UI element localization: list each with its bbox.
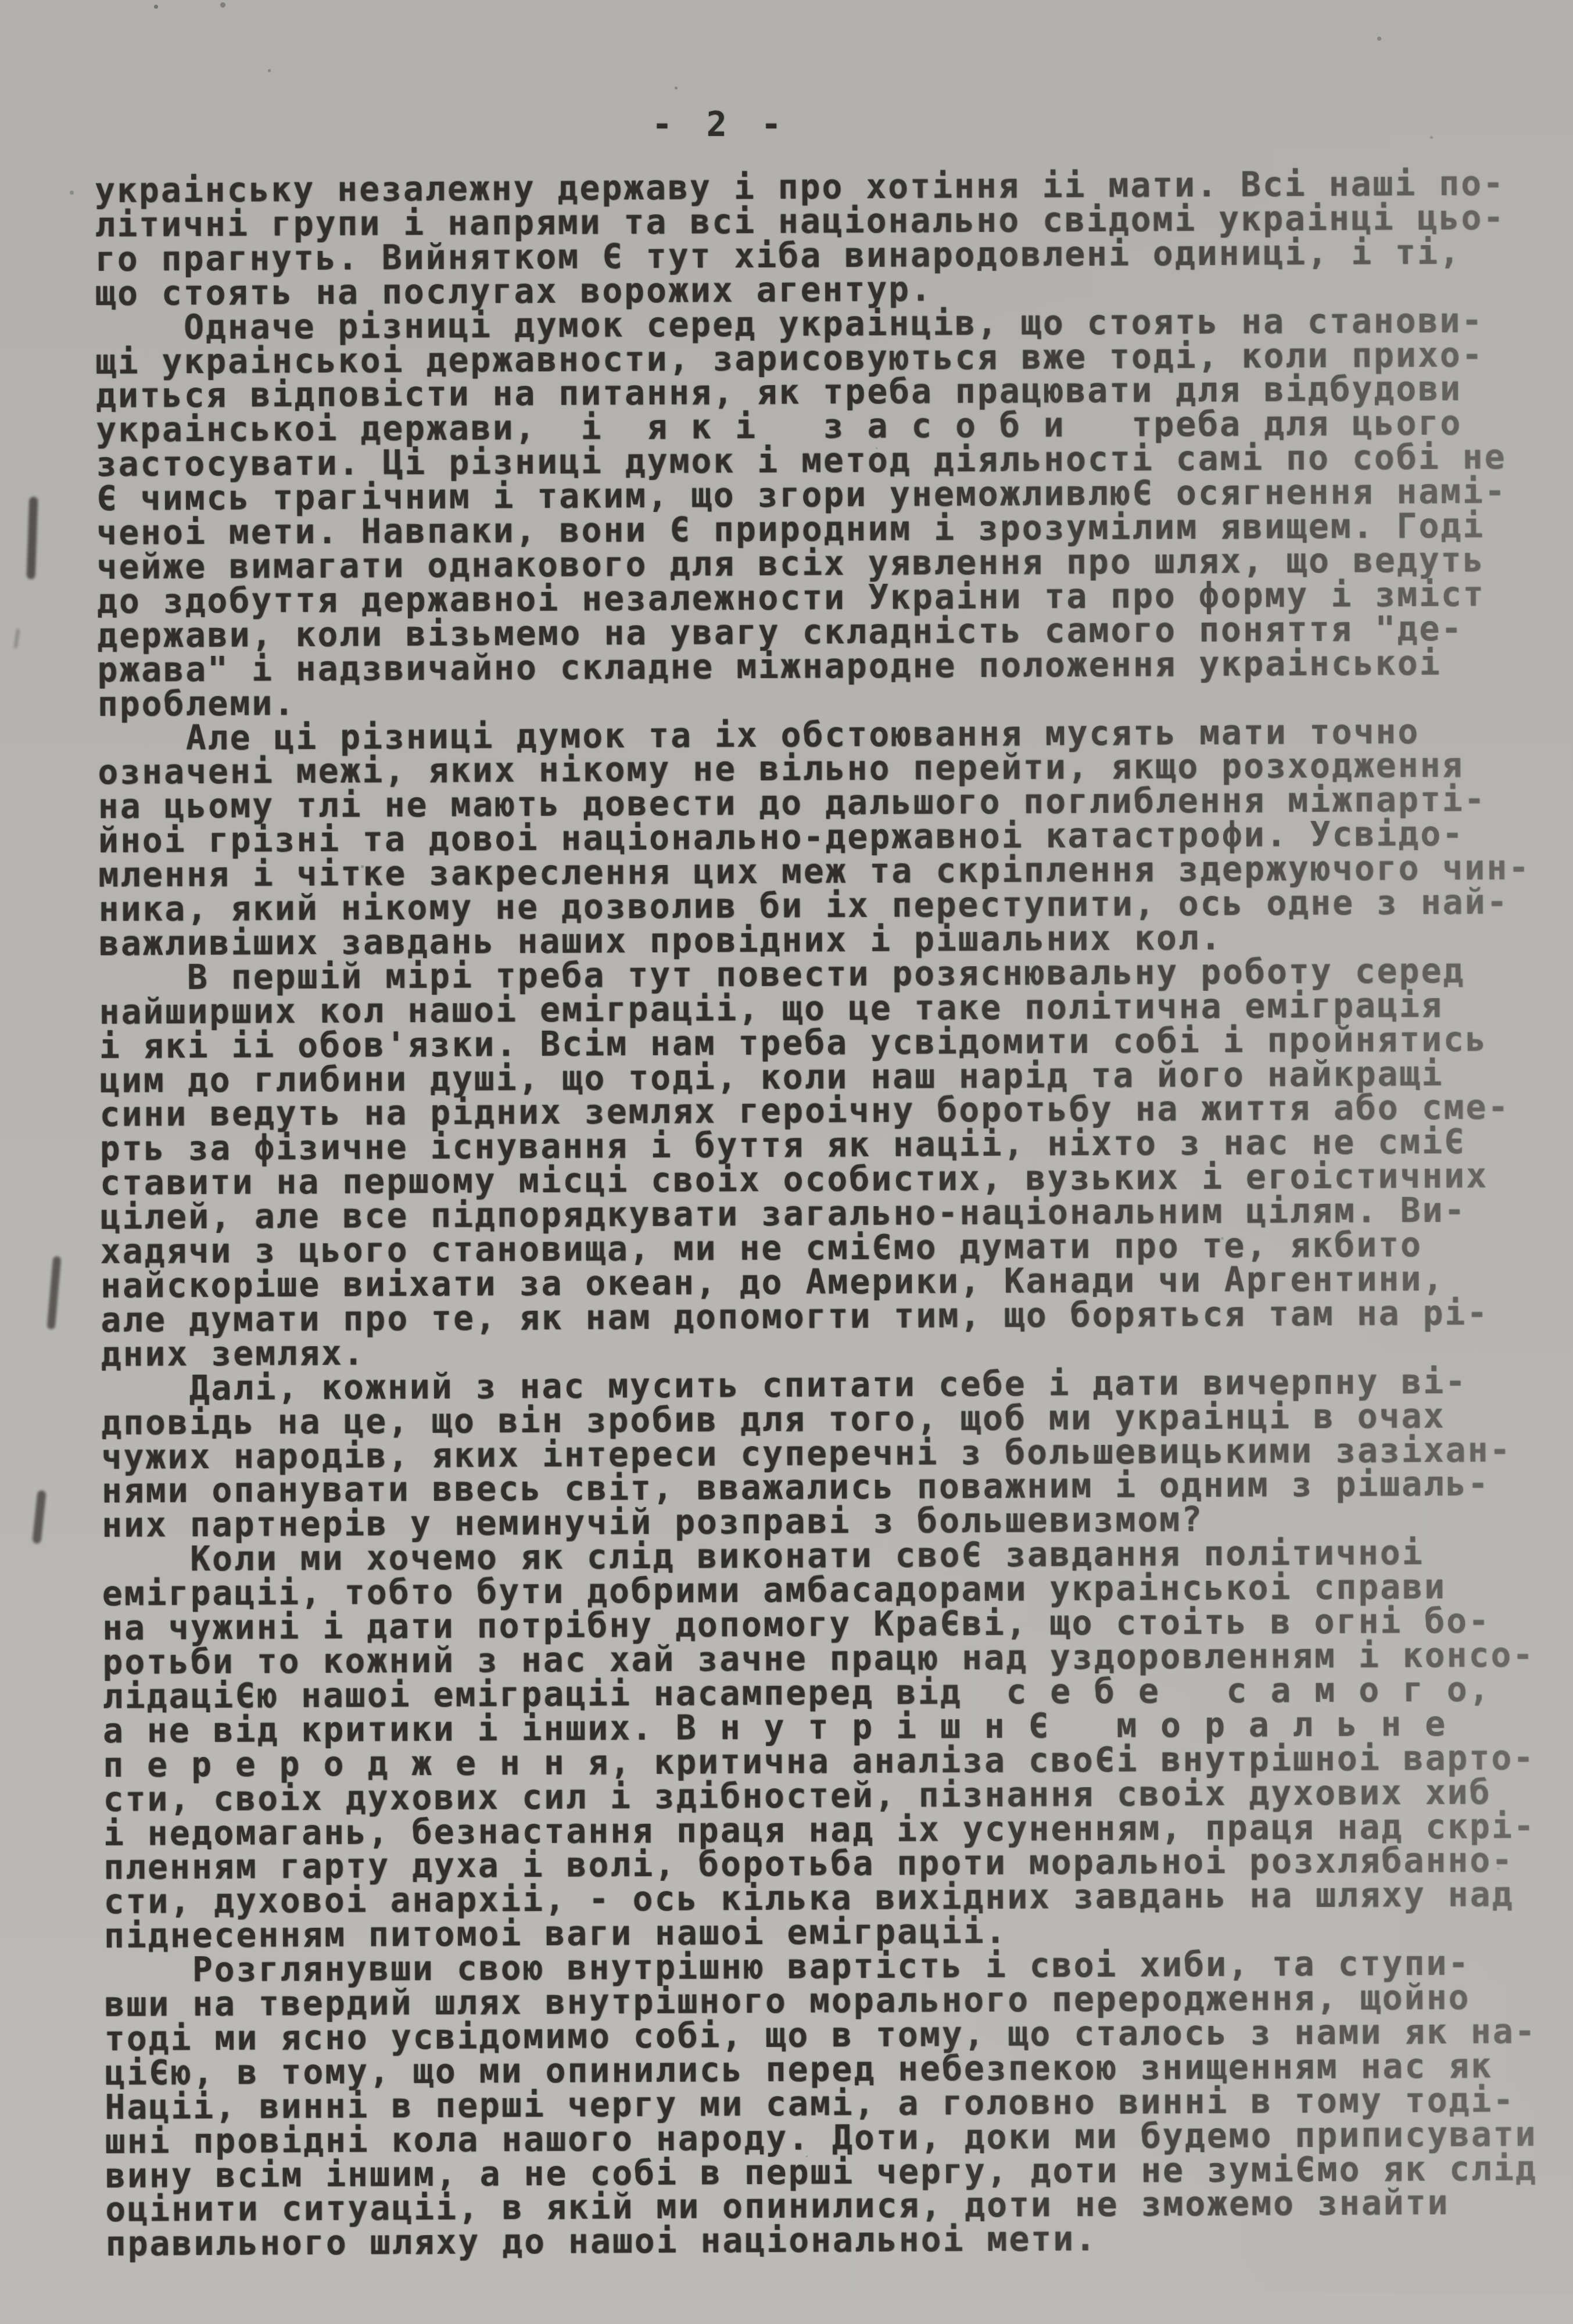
document-body-text: украінську незалежну державу і про хотін… <box>95 166 1538 2261</box>
scanned-document-page: - 2 - украінську незалежну державу і про… <box>0 0 1573 2324</box>
pen-stroke-left-lower <box>32 1490 46 1544</box>
pen-stroke-left-middle <box>47 1256 62 1330</box>
paper-specks <box>154 5 158 9</box>
page-number: - 2 - <box>652 105 789 144</box>
pen-stroke-left-upper <box>27 497 38 579</box>
pen-tick-left <box>14 629 20 649</box>
